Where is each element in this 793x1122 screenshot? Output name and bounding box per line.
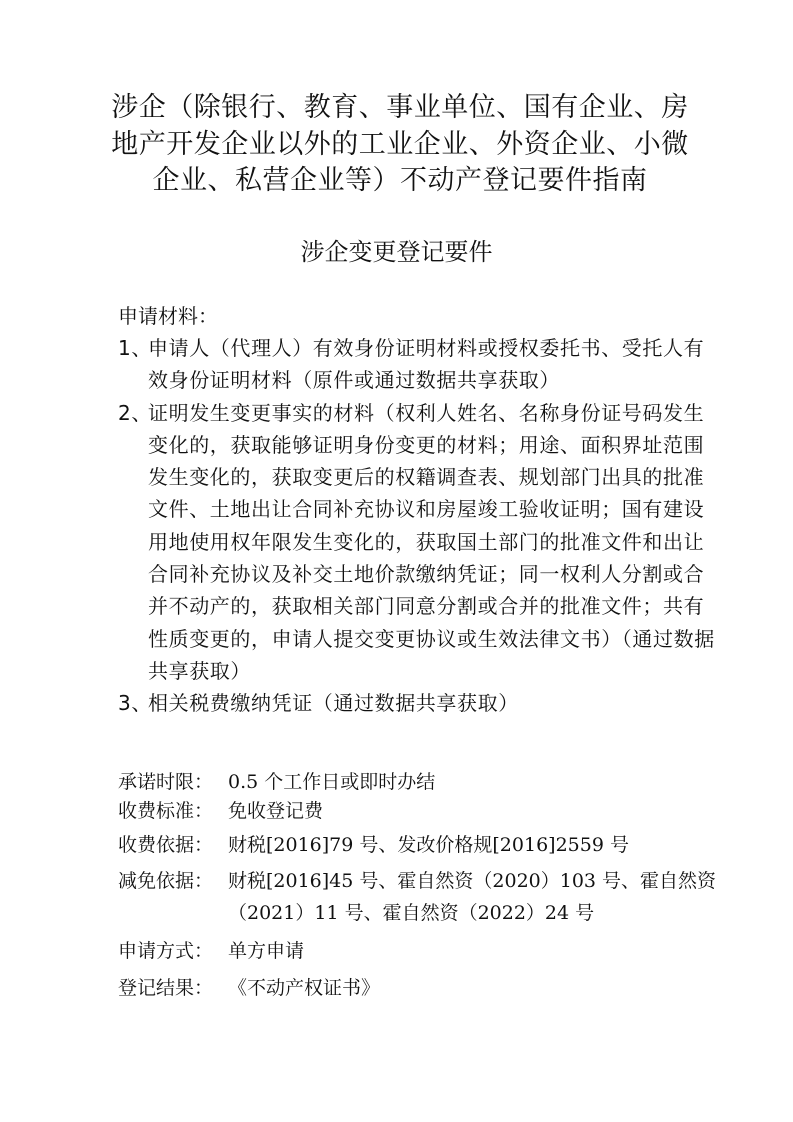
materials-label: 申请材料：	[118, 300, 218, 332]
info-value: 单方申请	[228, 937, 718, 966]
info-value: 财税[2016]79 号、发改价格规[2016]2559 号	[228, 831, 718, 860]
info-value: 免收登记费	[228, 797, 718, 826]
item-text: 相关税费缴纳凭证（通过数据共享获取）	[148, 687, 718, 719]
item-text: 证明发生变更事实的材料（权利人姓名、名称身份证号码发生变化的，获取能够证明身份变…	[148, 397, 718, 688]
document-title: 涉企（除银行、教育、事业单位、国有企业、房地产开发企业以外的工业企业、外资企业、…	[100, 90, 700, 200]
info-key: 申请方式：	[118, 937, 228, 966]
materials-item: 3、 相关税费缴纳凭证（通过数据共享获取）	[118, 687, 718, 719]
materials-item: 2、 证明发生变更事实的材料（权利人姓名、名称身份证号码发生变化的，获取能够证明…	[118, 397, 718, 688]
info-key: 收费标准：	[118, 797, 228, 826]
info-key: 承诺时限：	[118, 768, 228, 797]
materials-item: 1、 申请人（代理人）有效身份证明材料或授权委托书、受托人有效身份证明材料（原件…	[118, 332, 718, 397]
info-row-fee-standard: 收费标准： 免收登记费	[118, 797, 718, 826]
info-key: 减免依据：	[118, 865, 228, 929]
materials-list: 1、 申请人（代理人）有效身份证明材料或授权委托书、受托人有效身份证明材料（原件…	[118, 332, 718, 720]
info-key: 收费依据：	[118, 831, 228, 860]
item-number: 2、	[118, 397, 148, 688]
info-key: 登记结果：	[118, 974, 228, 1003]
info-value: 财税[2016]45 号、霍自然资（2020）103 号、霍自然资（2021）1…	[228, 865, 718, 929]
item-text: 申请人（代理人）有效身份证明材料或授权委托书、受托人有效身份证明材料（原件或通过…	[148, 332, 718, 397]
item-number: 3、	[118, 687, 148, 719]
info-row-registration-result: 登记结果： 《不动产权证书》	[118, 974, 718, 1003]
info-value: 《不动产权证书》	[228, 974, 718, 1003]
section-subtitle: 涉企变更登记要件	[0, 234, 793, 270]
info-row-application-method: 申请方式： 单方申请	[118, 937, 718, 966]
info-row-exemption-basis: 减免依据： 财税[2016]45 号、霍自然资（2020）103 号、霍自然资（…	[118, 865, 718, 929]
info-row-promise-time: 承诺时限： 0.5 个工作日或即时办结	[118, 768, 718, 797]
info-section: 承诺时限： 0.5 个工作日或即时办结 收费标准： 免收登记费 收费依据： 财税…	[118, 768, 718, 1003]
info-row-fee-basis: 收费依据： 财税[2016]79 号、发改价格规[2016]2559 号	[118, 831, 718, 860]
info-value: 0.5 个工作日或即时办结	[228, 768, 718, 797]
item-number: 1、	[118, 332, 148, 397]
